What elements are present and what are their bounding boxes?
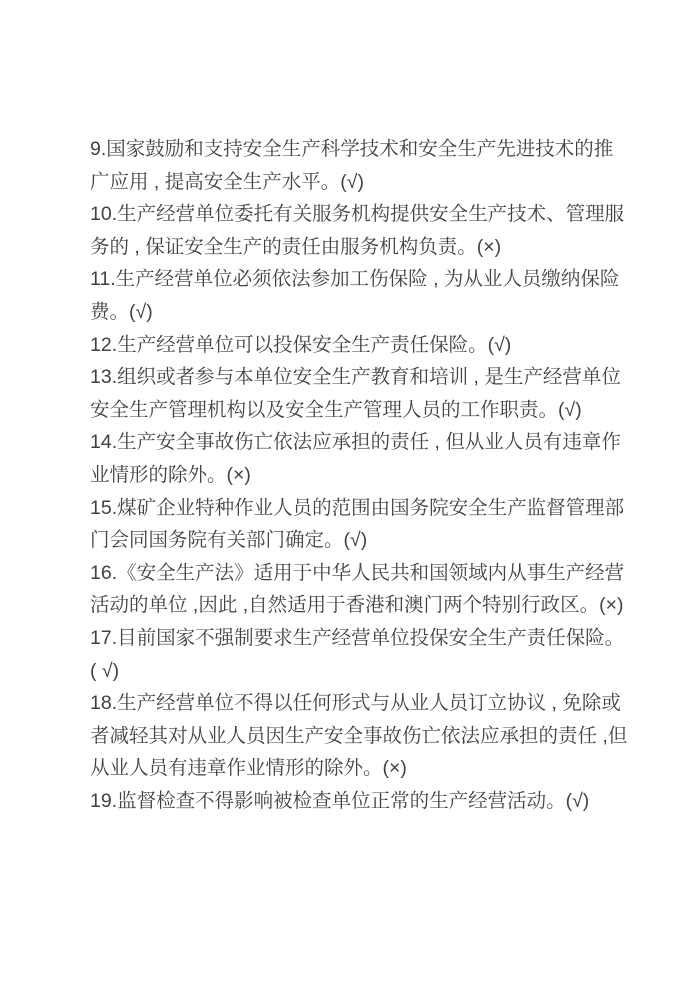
question-item-16: 16.《安全生产法》适用于中华人民共和国领域内从事生产经营 活动的单位 ,因此 … (90, 557, 670, 622)
question-item-12: 12.生产经营单位可以投保安全生产责任保险。(√) (90, 329, 670, 362)
question-text-line: 务的 , 保证安全生产的责任由服务机构负责。(×) (90, 231, 670, 264)
question-text-line: 14.生产安全事故伤亡依法应承担的责任 , 但从业人员有违章作 (90, 426, 670, 459)
question-text-line: 从业人员有违章作业情形的除外。(×) (90, 752, 670, 785)
question-text-line: 业情形的除外。(×) (90, 459, 670, 492)
question-text-line: 活动的单位 ,因此 ,自然适用于香港和澳门两个特别行政区。(×) (90, 589, 670, 622)
question-text-line: 10.生产经营单位委托有关服务机构提供安全生产技术、管理服 (90, 198, 670, 231)
question-item-11: 11.生产经营单位必须依法参加工伤保险 , 为从业人员缴纳保险 费。(√) (90, 263, 670, 328)
question-item-17: 17.目前国家不强制要求生产经营单位投保安全生产责任保险。 ( √) (90, 622, 670, 687)
question-text-line: 17.目前国家不强制要求生产经营单位投保安全生产责任保险。 (90, 622, 670, 655)
question-text-line: 广应用 , 提高安全生产水平。(√) (90, 166, 670, 199)
question-text-line: 15.煤矿企业特种作业人员的范围由国务院安全生产监督管理部 (90, 492, 670, 525)
question-item-14: 14.生产安全事故伤亡依法应承担的责任 , 但从业人员有违章作 业情形的除外。(… (90, 426, 670, 491)
question-text-line: 12.生产经营单位可以投保安全生产责任保险。(√) (90, 329, 670, 362)
question-item-18: 18.生产经营单位不得以任何形式与从业人员订立协议 , 免除或 者减轻其对从业人… (90, 687, 670, 785)
question-text-line: 16.《安全生产法》适用于中华人民共和国领域内从事生产经营 (90, 557, 670, 590)
question-item-13: 13.组织或者参与本单位安全生产教育和培训 , 是生产经营单位 安全生产管理机构… (90, 361, 670, 426)
question-text-line: ( √) (90, 655, 670, 688)
question-text-line: 门会同国务院有关部门确定。(√) (90, 524, 670, 557)
question-item-19: 19.监督检查不得影响被检查单位正常的生产经营活动。(√) (90, 785, 670, 818)
question-item-15: 15.煤矿企业特种作业人员的范围由国务院安全生产监督管理部 门会同国务院有关部门… (90, 492, 670, 557)
question-item-10: 10.生产经营单位委托有关服务机构提供安全生产技术、管理服 务的 , 保证安全生… (90, 198, 670, 263)
document-page: 9.国家鼓励和支持安全生产科学技术和安全生产先进技术的推 广应用 , 提高安全生… (0, 0, 700, 990)
question-text-line: 19.监督检查不得影响被检查单位正常的生产经营活动。(√) (90, 785, 670, 818)
question-text-line: 9.国家鼓励和支持安全生产科学技术和安全生产先进技术的推 (90, 133, 670, 166)
question-text-line: 18.生产经营单位不得以任何形式与从业人员订立协议 , 免除或 (90, 687, 670, 720)
question-text-line: 13.组织或者参与本单位安全生产教育和培训 , 是生产经营单位 (90, 361, 670, 394)
question-text-line: 费。(√) (90, 296, 670, 329)
quiz-question-list: 9.国家鼓励和支持安全生产科学技术和安全生产先进技术的推 广应用 , 提高安全生… (90, 133, 670, 817)
question-item-9: 9.国家鼓励和支持安全生产科学技术和安全生产先进技术的推 广应用 , 提高安全生… (90, 133, 670, 198)
question-text-line: 11.生产经营单位必须依法参加工伤保险 , 为从业人员缴纳保险 (90, 263, 670, 296)
question-text-line: 者减轻其对从业人员因生产安全事故伤亡依法应承担的责任 ,但 (90, 720, 670, 753)
question-text-line: 安全生产管理机构以及安全生产管理人员的工作职责。(√) (90, 394, 670, 427)
